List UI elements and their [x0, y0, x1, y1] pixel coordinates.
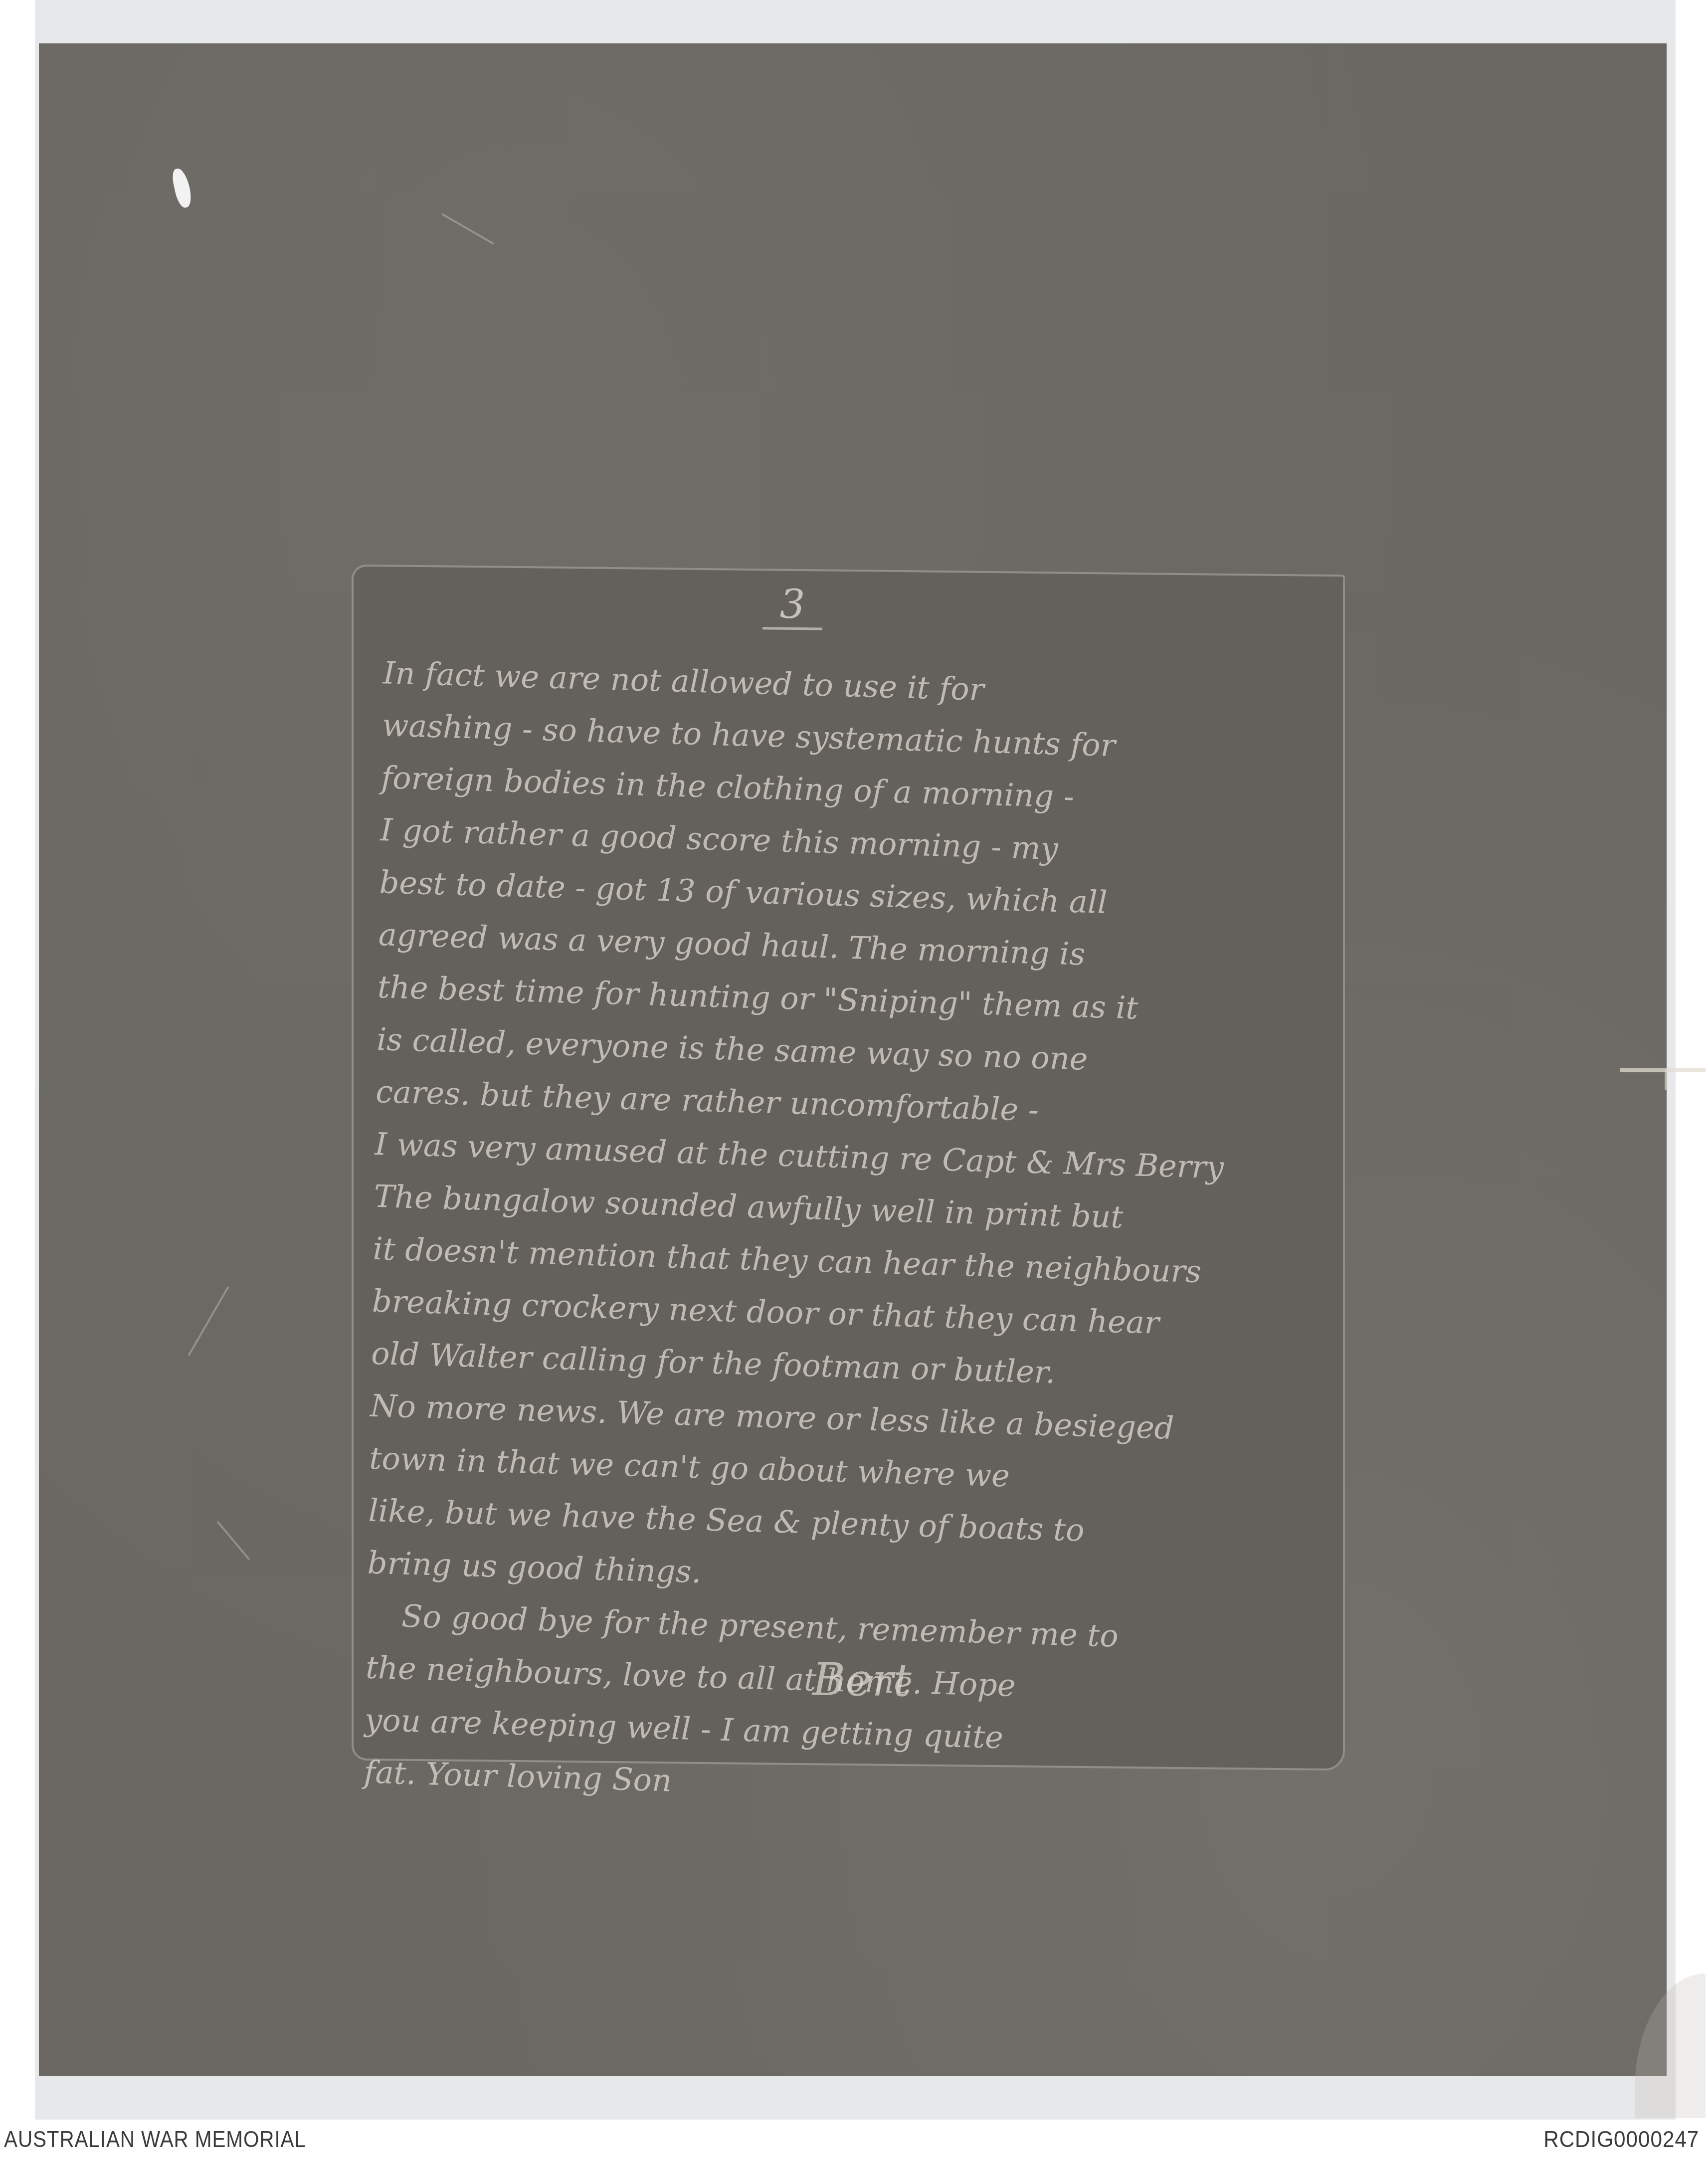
edge-mark [1665, 1070, 1668, 1090]
scratch-mark [216, 1521, 250, 1560]
institution-label: AUSTRALIAN WAR MEMORIAL [4, 2126, 306, 2153]
signature: Bert [812, 1653, 912, 1707]
scratch-mark [441, 213, 494, 244]
letter-page: 3 In fact we are not allowed to use it f… [352, 565, 1345, 1771]
page-number: 3 [762, 581, 822, 630]
stain-mark [1635, 1973, 1706, 2118]
tear-mark [171, 167, 193, 209]
edge-mark [1620, 1068, 1706, 1072]
letter-body: In fact we are not allowed to use it for… [364, 646, 1321, 1824]
scratch-mark [188, 1286, 229, 1357]
record-id: RCDIG0000247 [1543, 2126, 1699, 2153]
